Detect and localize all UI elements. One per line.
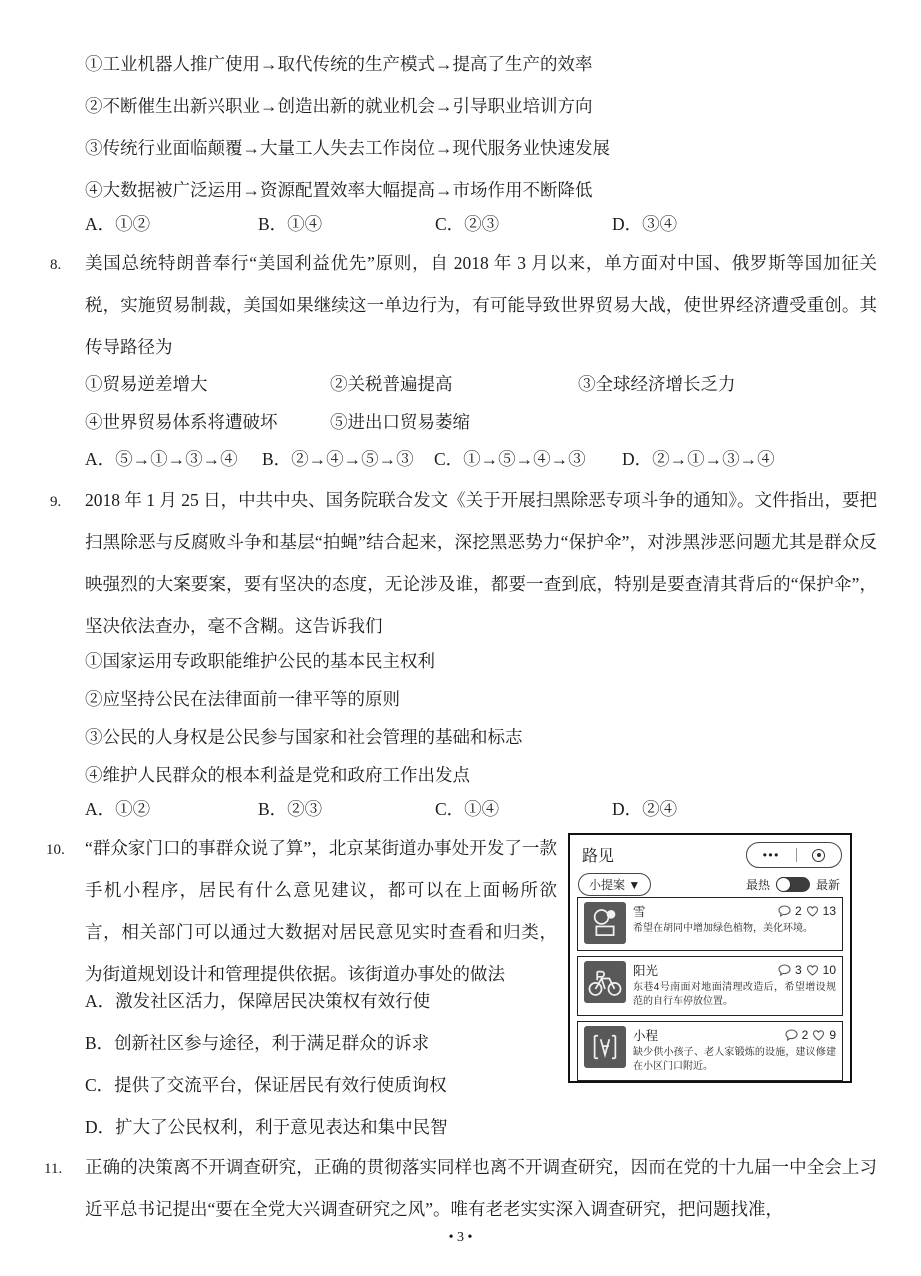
proposal-list: 雪 2 13 希望在胡同中增加绿色植物，美化环境。 <box>577 897 843 1086</box>
q9-number: 9. <box>50 491 61 513</box>
q9-choice-b: B．②③ <box>258 798 322 820</box>
more-icon[interactable]: ••• <box>763 849 780 861</box>
sort-new-label[interactable]: 最新 <box>816 876 840 893</box>
like-count: 9 <box>829 1028 836 1042</box>
like-count: 13 <box>823 904 836 918</box>
post-author: 雪 <box>633 902 646 920</box>
comment-count: 2 <box>795 904 802 918</box>
post-text: 缺少供小孩子、老人家锻炼的设施，建议修建在小区门口附近。 <box>633 1046 836 1073</box>
close-icon[interactable] <box>812 849 825 862</box>
comment-count: 3 <box>795 963 802 977</box>
avatar <box>584 902 626 944</box>
q8-choice-a: A．⑤→①→③→④ <box>85 448 238 470</box>
sort-switch-group: 最热 最新 <box>746 876 840 893</box>
bicycle-icon <box>586 963 624 1001</box>
q9-choice-d: D．②④ <box>612 798 677 820</box>
q8-choice-c: C．①→⑤→④→③ <box>434 448 586 470</box>
q10-option-c: C．提供了交流平台，保证居民有效行使质询权 <box>85 1074 447 1096</box>
miniprogram-capsule[interactable]: ••• <box>746 842 842 868</box>
comment-icon <box>778 905 791 917</box>
avatar <box>584 1026 626 1068</box>
q9-choice-c: C．①④ <box>435 798 499 820</box>
q10-stem: “群众家门口的事群众说了算”，北京某街道办事处开发了一款手机小程序，居民有什么意… <box>85 827 557 995</box>
q10-option-a: A．激发社区活力，保障居民决策权有效行使 <box>85 990 430 1012</box>
q8-choice-d: D．②→①→③→④ <box>622 448 775 470</box>
toggle-knob <box>776 877 791 892</box>
avatar <box>584 961 626 1003</box>
q9-stem: 2018 年 1 月 25 日，中共中央、国务院联合发文《关于开展扫黑除恶专项斗… <box>85 479 877 647</box>
post-author: 小程 <box>633 1026 658 1044</box>
snowman-icon <box>586 904 624 942</box>
q9-choice-a: A．①② <box>85 798 150 820</box>
q8-item-3: ③全球经济增长乏力 <box>578 373 736 395</box>
like-icon <box>812 1029 825 1041</box>
q7-item-1: ①工业机器人推广使用→取代传统的生产模式→提高了生产的效率 <box>85 53 593 75</box>
page-number: • 3 • <box>0 1230 921 1246</box>
q8-stem: 美国总统特朗普奉行“美国利益优先”原则，自 2018 年 3 月以来，单方面对中… <box>85 242 877 368</box>
q8-item-5: ⑤进出口贸易萎缩 <box>330 411 470 433</box>
q9-item-1: ①国家运用专政职能维护公民的基本民主权利 <box>85 650 435 672</box>
capsule-divider <box>796 848 797 862</box>
q8-number: 8. <box>50 254 61 276</box>
post-text: 东巷4号南面对地面清理改造后，希望增设规范的自行车停放位置。 <box>633 981 836 1008</box>
post-stats: 2 13 <box>778 904 836 918</box>
sort-toggle[interactable] <box>776 877 810 892</box>
q9-item-3: ③公民的人身权是公民参与国家和社会管理的基础和标志 <box>85 726 523 748</box>
sort-hot-label[interactable]: 最热 <box>746 876 770 893</box>
q7-choice-b: B．①④ <box>258 213 322 235</box>
like-icon <box>806 905 819 917</box>
q10-option-d: D．扩大了公民权利，利于意见表达和集中民智 <box>85 1116 448 1138</box>
list-item[interactable]: 小程 2 9 缺少供小孩子、老人家锻炼的设施，建议修建在小区门口附近。 <box>577 1021 843 1081</box>
post-stats: 3 10 <box>778 963 836 977</box>
list-item[interactable]: 雪 2 13 希望在胡同中增加绿色植物，美化环境。 <box>577 897 843 951</box>
proposal-filter-dropdown[interactable]: 小提案 ▼ <box>578 873 651 896</box>
q7-choice-d: D．③④ <box>612 213 677 235</box>
q8-item-4: ④世界贸易体系将遭破坏 <box>85 411 278 433</box>
q7-choice-a: A．①② <box>85 213 150 235</box>
list-item[interactable]: 阳光 3 10 东巷4号南面对地面清理改造后，希望增设规范的自行车停放位置。 <box>577 956 843 1016</box>
like-count: 10 <box>823 963 836 977</box>
q7-item-2: ②不断催生出新兴职业→创造出新的就业机会→引导职业培训方向 <box>85 95 593 117</box>
q7-choice-c: C．②③ <box>435 213 499 235</box>
q7-item-4: ④大数据被广泛运用→资源配置效率大幅提高→市场作用不断降低 <box>85 179 593 201</box>
like-icon <box>806 964 819 976</box>
comment-icon <box>785 1029 798 1041</box>
q9-item-2: ②应坚持公民在法律面前一律平等的原则 <box>85 688 400 710</box>
exam-page: ①工业机器人推广使用→取代传统的生产模式→提高了生产的效率 ②不断催生出新兴职业… <box>0 0 921 1276</box>
q8-item-2: ②关税普遍提高 <box>330 373 453 395</box>
q9-item-4: ④维护人民群众的根本利益是党和政府工作出发点 <box>85 764 470 786</box>
post-stats: 2 9 <box>785 1028 836 1042</box>
comment-count: 2 <box>802 1028 809 1042</box>
q11-number: 11. <box>44 1158 62 1180</box>
post-body: 雪 2 13 希望在胡同中增加绿色植物，美化环境。 <box>633 902 836 946</box>
monogram-icon <box>586 1028 624 1066</box>
q8-choice-b: B．②→④→⑤→③ <box>262 448 414 470</box>
lujian-app-screenshot: 路见 ••• 小提案 ▼ 最热 最新 <box>568 833 852 1083</box>
post-text: 希望在胡同中增加绿色植物，美化环境。 <box>633 922 836 936</box>
post-body: 小程 2 9 缺少供小孩子、老人家锻炼的设施，建议修建在小区门口附近。 <box>633 1026 836 1076</box>
q11-stem: 正确的决策离不开调查研究，正确的贯彻落实同样也离不开调查研究，因而在党的十九届一… <box>85 1146 877 1230</box>
q10-number: 10. <box>46 839 65 861</box>
post-author: 阳光 <box>633 961 658 979</box>
q10-option-b: B．创新社区参与途径，利于满足群众的诉求 <box>85 1032 429 1054</box>
post-body: 阳光 3 10 东巷4号南面对地面清理改造后，希望增设规范的自行车停放位置。 <box>633 961 836 1011</box>
q7-item-3: ③传统行业面临颠覆→大量工人失去工作岗位→现代服务业快速发展 <box>85 137 610 159</box>
app-title: 路见 <box>582 843 614 866</box>
q8-item-1: ①贸易逆差增大 <box>85 373 208 395</box>
comment-icon <box>778 964 791 976</box>
